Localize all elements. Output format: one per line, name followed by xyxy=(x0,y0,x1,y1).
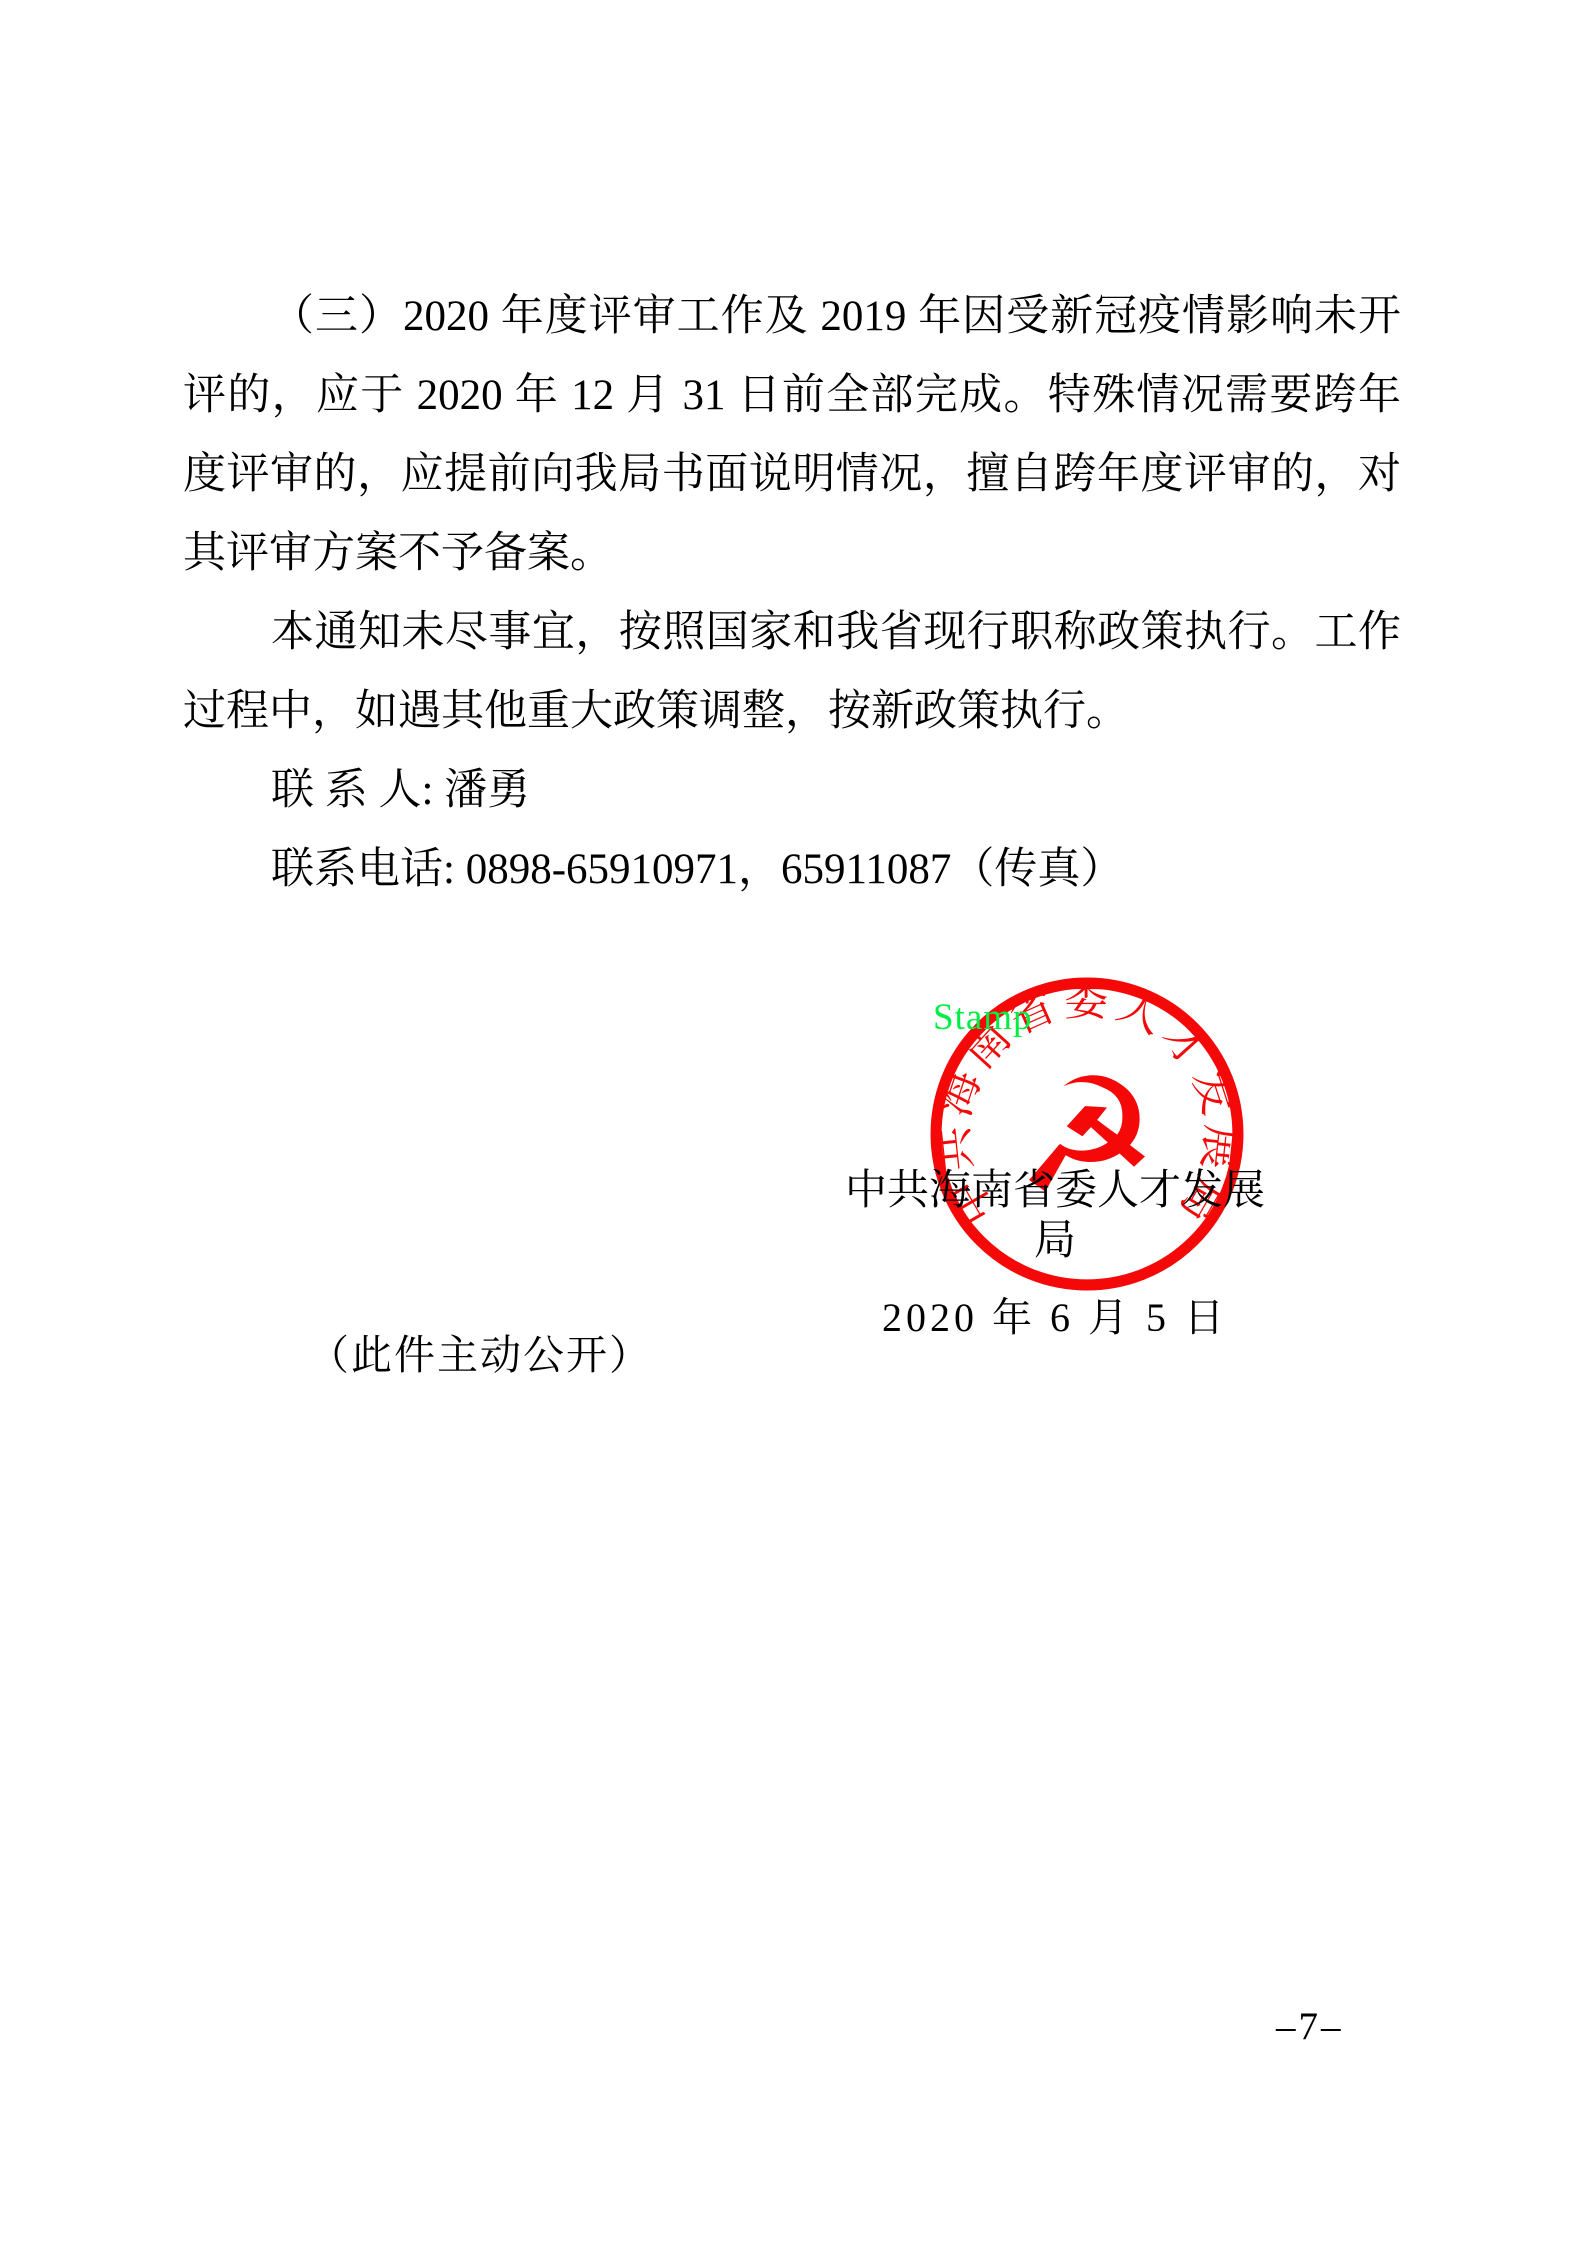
page-number: –7– xyxy=(1276,2004,1344,2049)
stamp-watermark-label: Stamp xyxy=(933,996,1033,1039)
document-body: （三）2020 年度评审工作及 2019 年因受新冠疫情影响未开评的，应于 20… xyxy=(183,277,1401,909)
disclosure-note: （此件主动公开） xyxy=(308,1322,652,1381)
contact-person-name: 潘勇 xyxy=(444,767,530,814)
signature-date: 2020 年 6 月 5 日 xyxy=(838,1293,1272,1343)
contact-phone-label: 联系电话: xyxy=(271,846,455,893)
contact-phone-line: 联系电话: 0898-65910971，65911087（传真） xyxy=(183,830,1401,909)
hammer-sickle-icon: ☭ xyxy=(1016,1044,1159,1229)
contact-person-line: 联 系 人: 潘勇 xyxy=(183,751,1401,830)
contact-phone-value: 0898-65910971，65911087（传真） xyxy=(466,846,1124,893)
contact-person-label: 联 系 人: xyxy=(271,767,433,814)
paragraph-item-3: （三）2020 年度评审工作及 2019 年因受新冠疫情影响未开评的，应于 20… xyxy=(183,277,1401,593)
paragraph-closing: 本通知未尽事宜，按照国家和我省现行职称政策执行。工作过程中，如遇其他重大政策调整… xyxy=(183,593,1401,751)
document-page: （三）2020 年度评审工作及 2019 年因受新冠疫情影响未开评的，应于 20… xyxy=(0,0,1587,2245)
